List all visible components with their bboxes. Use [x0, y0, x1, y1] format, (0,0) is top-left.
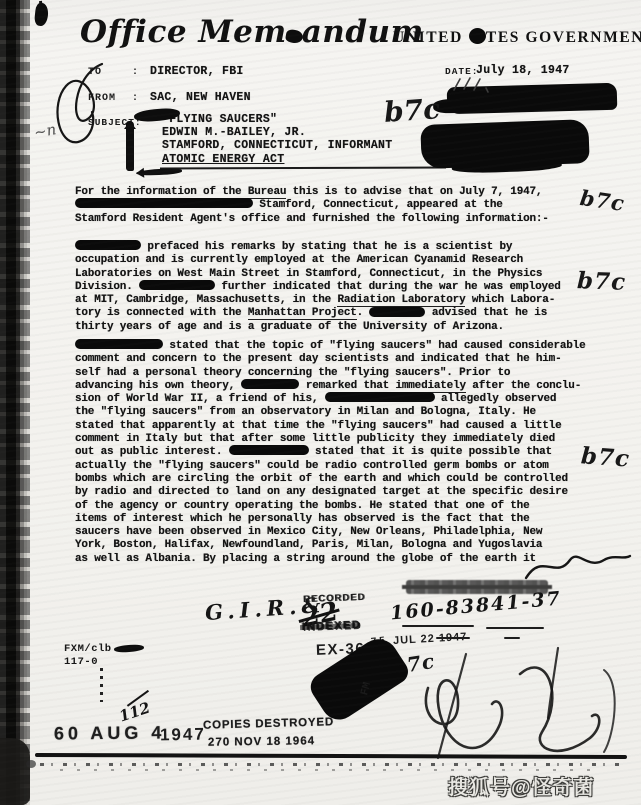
text-segment: comment and concern to the present day s…: [75, 353, 561, 365]
aug-received-year: 1947: [160, 725, 206, 746]
sohu-watermark: 搜狐号@怪奇菌: [448, 771, 595, 800]
text-segment: prefaced his remarks by stating that he …: [141, 241, 512, 253]
text-segment: Stamford, Connecticut, appeared at the: [253, 199, 503, 211]
text-line: thirty years of age and is a graduate of…: [75, 321, 600, 334]
corner-scan-blot: [0, 738, 30, 805]
paragraph: For the information of the Bureau this i…: [75, 186, 600, 226]
text-segment: saucers have been observed in Mexico Cit…: [75, 526, 542, 538]
text-line: Stamford Resident Agent's office and fur…: [75, 213, 600, 226]
text-segment: advancing his own theory,: [75, 380, 241, 392]
file-ref: 117-0: [64, 656, 112, 669]
text-segment: out as public interest.: [75, 446, 229, 458]
text-line: prefaced his remarks by stating that he …: [75, 241, 600, 254]
text-line: stated that apparently at that time the …: [75, 420, 600, 433]
text-segment: thirty years of age and is a graduate of…: [75, 321, 504, 333]
text-segment: York, Boston, Halifax, Newfoundland, Par…: [75, 539, 542, 551]
redaction-bar: [325, 392, 435, 402]
aug-received-stamp: 60 AUG 4: [54, 723, 166, 745]
text-segment: Laboratories on West Main Street in Stam…: [75, 268, 542, 280]
typist-initials: FXM/clb: [64, 643, 112, 656]
text-segment: the "flying saucers" from an observatory…: [75, 406, 536, 418]
copies-destroyed-date: 270 NOV 18 1964: [208, 735, 315, 748]
redaction-bar: [241, 379, 299, 389]
text-line: self had a personal theory concerning th…: [75, 367, 600, 380]
text-segment: Division.: [75, 281, 139, 293]
scan-noise-band: [40, 763, 625, 766]
text-segment: Radiation Laboratory: [337, 294, 465, 307]
text-segment: this is to advise that on July 7, 1947,: [286, 186, 542, 198]
text-segment: .: [357, 307, 370, 319]
dotted-mark: [100, 668, 103, 702]
text-line: items of interest which he personally ha…: [75, 513, 600, 526]
redaction-bar: [75, 240, 141, 250]
text-segment: Stamford Resident Agent's office and fur…: [75, 213, 549, 225]
redaction-bar: [139, 280, 215, 290]
redaction-bar: [229, 445, 309, 455]
text-segment: which Labora-: [465, 294, 555, 306]
text-line: actually the "flying saucers" could be r…: [75, 460, 600, 473]
text-line: sion of World War II, a friend of his, a…: [75, 393, 600, 406]
text-segment: after the conclu-: [466, 380, 581, 392]
text-line: stated that the topic of "flying saucers…: [75, 340, 600, 353]
text-segment: actually the "flying saucers" could be r…: [75, 460, 549, 472]
paragraph: stated that the topic of "flying saucers…: [75, 340, 600, 566]
text-line: by radio and directed to land on any des…: [75, 486, 600, 499]
text-segment: sion of World War II, a friend of his,: [75, 393, 325, 405]
redaction-bar: [369, 307, 425, 317]
text-line: occupation and is currently employed at …: [75, 254, 600, 267]
text-segment: information of the Bureau: [126, 186, 286, 199]
text-line: Stamford, Connecticut, appeared at the: [75, 199, 600, 212]
text-line: the "flying saucers" from an observatory…: [75, 406, 600, 419]
text-segment: items of interest which he personally ha…: [75, 513, 529, 525]
text-segment: comment in Italy but that after some lit…: [75, 433, 555, 445]
text-line: advancing his own theory, remarked that …: [75, 380, 600, 393]
text-segment: For the: [75, 186, 126, 198]
text-line: saucers have been observed in Mexico Cit…: [75, 526, 600, 539]
initials-scribble: [522, 546, 634, 586]
text-segment: stated that apparently at that time the …: [75, 420, 561, 432]
text-line: of the agency or country operating the b…: [75, 500, 600, 513]
scanned-memo-page: Office Memandum · UNITEDTES GOVERNMENT T…: [0, 0, 641, 805]
text-segment: as well as Albania. By placing a string …: [75, 553, 536, 565]
text-segment: stated that it is quite possible that: [309, 446, 552, 458]
text-segment: immediately: [395, 380, 465, 393]
text-segment: at MIT, Cambridge, Massachusetts, in the: [75, 294, 337, 306]
text-line: out as public interest. stated that it i…: [75, 446, 600, 459]
text-line: comment in Italy but that after some lit…: [75, 433, 600, 446]
redaction-bar: [75, 198, 253, 208]
text-segment: stated that the topic of "flying saucers…: [163, 340, 585, 352]
text-segment: advised that he is: [425, 307, 547, 319]
redaction-bar: [75, 339, 163, 349]
text-line: Laboratories on West Main Street in Stam…: [75, 268, 600, 281]
text-segment: self had a personal theory concerning th…: [75, 367, 510, 379]
text-segment: Manhattan Project: [248, 307, 357, 320]
text-segment: occupation and is currently employed at …: [75, 254, 523, 266]
text-segment: of the agency or country operating the b…: [75, 500, 529, 512]
indexed-stamp: INDEXED: [302, 619, 362, 633]
text-line: at MIT, Cambridge, Massachusetts, in the…: [75, 294, 600, 307]
text-segment: remarked that: [299, 380, 395, 392]
text-line: bombs which are circling the orbit of th…: [75, 473, 600, 486]
text-line: comment and concern to the present day s…: [75, 353, 600, 366]
typist-block: FXM/clb 117-0: [64, 643, 112, 669]
text-segment: allegedly observed: [435, 393, 557, 405]
text-segment: further indicated that during the war he…: [215, 281, 561, 293]
text-line: tory is connected with the Manhattan Pro…: [75, 307, 600, 320]
paragraph: prefaced his remarks by stating that he …: [75, 241, 600, 334]
text-line: For the information of the Bureau this i…: [75, 186, 600, 199]
text-segment: by radio and directed to land on any des…: [75, 486, 568, 498]
text-line: Division. further indicated that during …: [75, 281, 600, 294]
text-segment: bombs which are circling the orbit of th…: [75, 473, 568, 485]
text-segment: tory is connected with the: [75, 307, 248, 319]
